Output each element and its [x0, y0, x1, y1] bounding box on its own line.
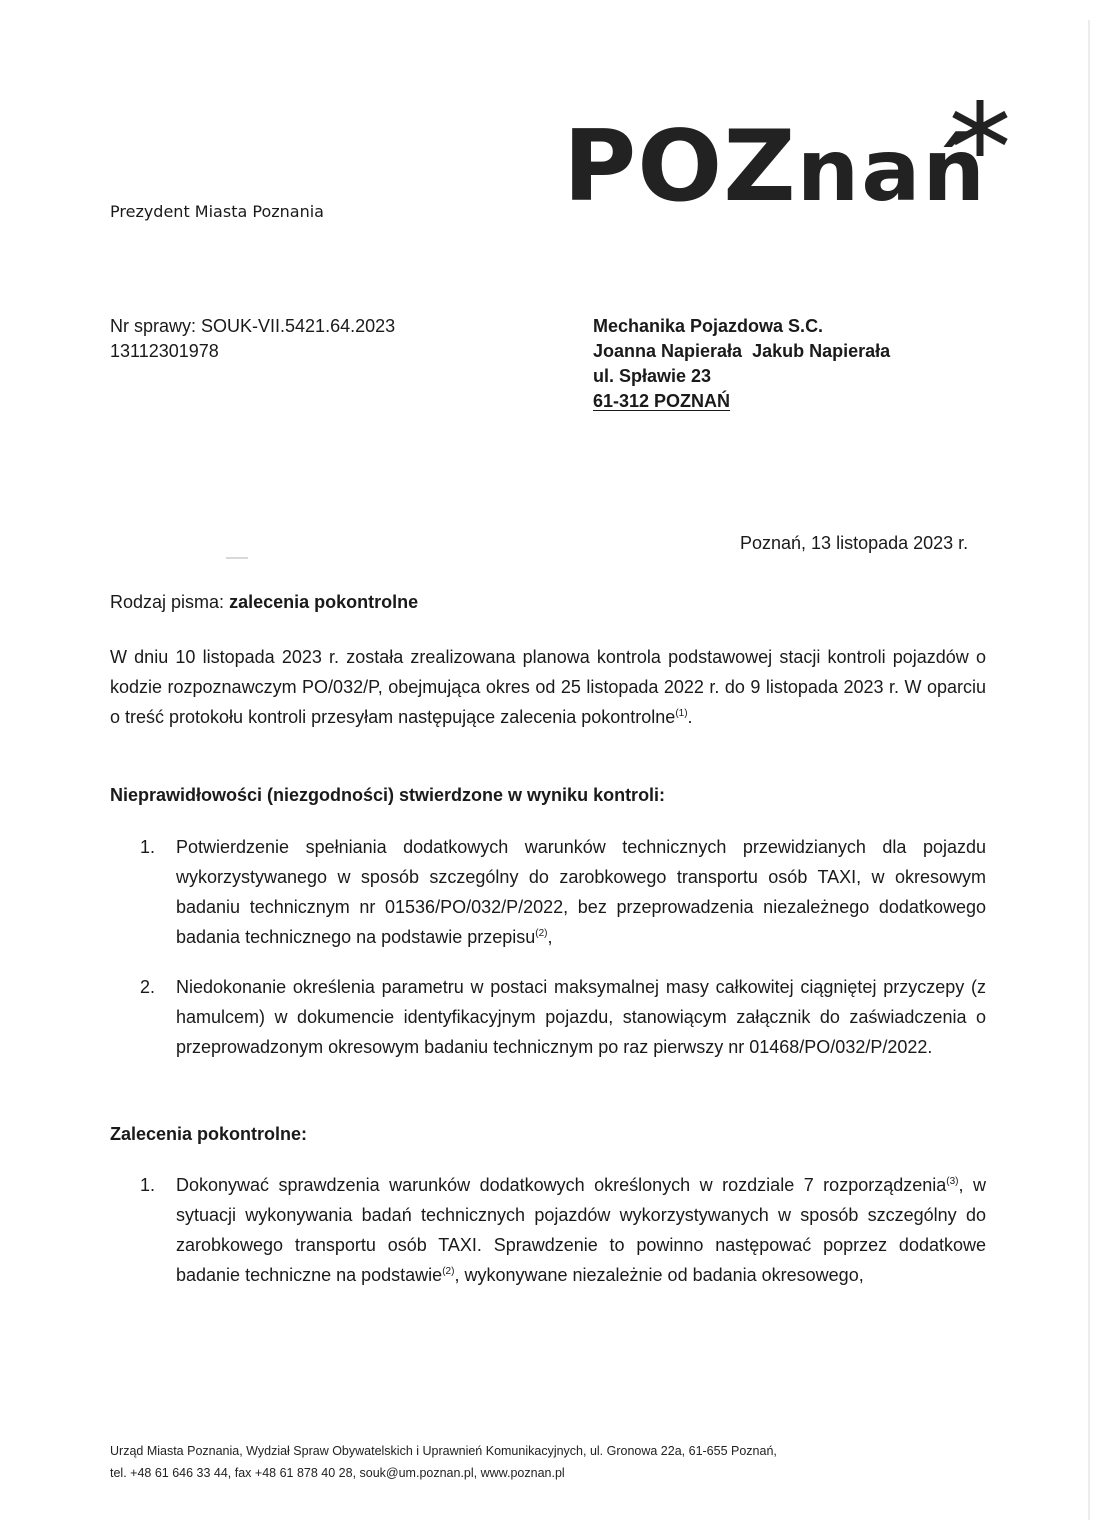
- sender-title: Prezydent Miasta Poznania: [110, 202, 324, 221]
- logo-text-upper: POZ: [563, 110, 797, 224]
- irregularities-list: 1. Potwierdzenie spełniania dodatkowych …: [140, 832, 986, 1082]
- list-number: 2.: [140, 972, 176, 1062]
- page-edge-line: [1088, 20, 1090, 1520]
- recommendations-heading: Zalecenia pokontrolne:: [110, 1124, 307, 1145]
- recommendations-list: 1. Dokonywać sprawdzenia warunków dodatk…: [140, 1170, 986, 1310]
- list-text: Dokonywać sprawdzenia warunków dodatkowy…: [176, 1170, 986, 1290]
- recipient-address: Mechanika Pojazdowa S.C. Joanna Napierał…: [593, 314, 890, 414]
- document-id: 13112301978: [110, 339, 395, 364]
- recipient-names: Joanna Napierała Jakub Napierała: [593, 339, 890, 364]
- list-item: 2. Niedokonanie określenia parametru w p…: [140, 972, 986, 1062]
- intro-text: W dniu 10 listopada 2023 r. została zrea…: [110, 647, 986, 727]
- document-type: Rodzaj pisma: zalecenia pokontrolne: [110, 592, 418, 613]
- footnote-ref: (3): [946, 1176, 958, 1187]
- footnote-ref: (1): [675, 708, 687, 719]
- footnote-ref: (2): [442, 1266, 454, 1277]
- item-text: Dokonywać sprawdzenia warunków dodatkowy…: [176, 1175, 946, 1195]
- list-item: 1. Dokonywać sprawdzenia warunków dodatk…: [140, 1170, 986, 1290]
- poznan-logo: POZnań: [563, 118, 987, 216]
- item-text: , wykonywane niezależnie od badania okre…: [454, 1265, 863, 1285]
- footer: Urząd Miasta Poznania, Wydział Spraw Oby…: [110, 1440, 777, 1484]
- asterisk-star-icon: [950, 98, 1010, 158]
- recipient-street: ul. Spławie 23: [593, 364, 890, 389]
- case-number: Nr sprawy: SOUK-VII.5421.64.2023: [110, 314, 395, 339]
- item-end: ,: [548, 927, 553, 947]
- list-text: Potwierdzenie spełniania dodatkowych war…: [176, 832, 986, 952]
- recipient-city: 61-312 POZNAŃ: [593, 389, 890, 414]
- document-type-value: zalecenia pokontrolne: [229, 592, 418, 612]
- list-number: 1.: [140, 832, 176, 952]
- list-item: 1. Potwierdzenie spełniania dodatkowych …: [140, 832, 986, 952]
- letter-date: Poznań, 13 listopada 2023 r.: [740, 533, 968, 554]
- footnote-ref: (2): [535, 928, 547, 939]
- scan-smudge: [226, 557, 248, 559]
- case-reference: Nr sprawy: SOUK-VII.5421.64.2023 1311230…: [110, 314, 395, 364]
- intro-end: .: [688, 707, 693, 727]
- list-text: Niedokonanie określenia parametru w post…: [176, 972, 986, 1062]
- irregularities-heading: Nieprawidłowości (niezgodności) stwierdz…: [110, 785, 665, 806]
- recipient-company: Mechanika Pojazdowa S.C.: [593, 314, 890, 339]
- footer-contact: tel. +48 61 646 33 44, fax +48 61 878 40…: [110, 1462, 777, 1484]
- footer-address: Urząd Miasta Poznania, Wydział Spraw Oby…: [110, 1440, 777, 1462]
- document-type-label: Rodzaj pisma:: [110, 592, 229, 612]
- intro-paragraph: W dniu 10 listopada 2023 r. została zrea…: [110, 642, 986, 732]
- item-text: Potwierdzenie spełniania dodatkowych war…: [176, 837, 986, 947]
- list-number: 1.: [140, 1170, 176, 1290]
